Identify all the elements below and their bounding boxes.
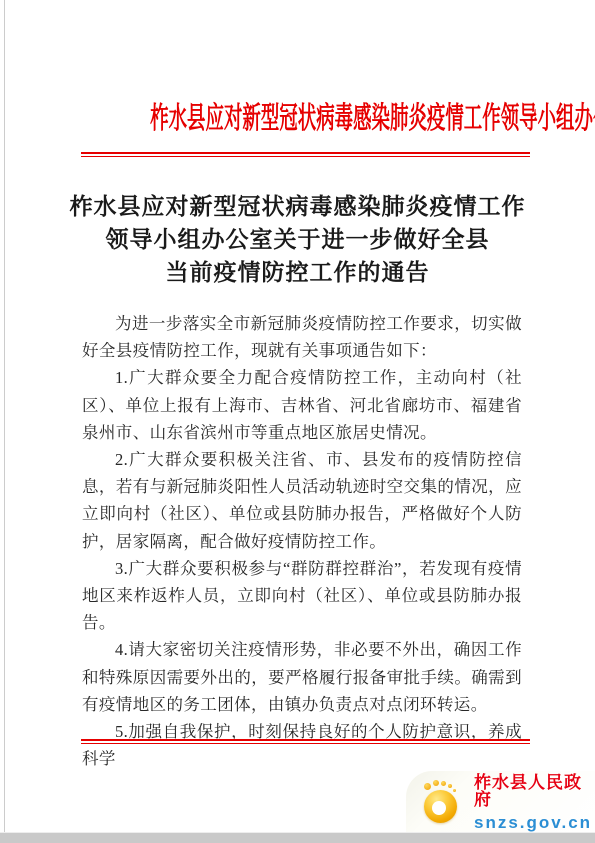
government-site-logo-link[interactable]: 柞水县人民政府 snzs.gov.cn bbox=[406, 771, 595, 833]
footprint-icon bbox=[422, 780, 462, 824]
paragraph-item-2: 2.广大群众要积极关注省、市、县发布的疫情防控信息，若有与新冠肺炎阳性人员活动轨… bbox=[82, 446, 522, 555]
paragraph-item-4: 4.请大家密切关注疫情形势，非必要不外出，确因工作和特殊原因需要外出的，要严格履… bbox=[82, 636, 522, 718]
letterhead-divider-rule bbox=[81, 152, 530, 157]
paragraph-item-1: 1.广大群众要全力配合疫情防控工作，主动向村（社区）、单位上报有上海市、吉林省、… bbox=[82, 364, 522, 446]
footprint-toe bbox=[433, 780, 439, 786]
document-body: 为进一步落实全市新冠肺炎疫情防控工作要求，切实做好全县疫情防控工作，现就有关事项… bbox=[82, 310, 522, 772]
paragraph-item-5-truncated: 5.加强自我保护，时刻保持良好的个人防护意识，养成科学 bbox=[82, 718, 522, 772]
footprint-pad-hole bbox=[432, 801, 446, 815]
site-url[interactable]: snzs.gov.cn bbox=[474, 814, 595, 831]
footprint-toe bbox=[453, 789, 456, 792]
bottom-divider-rule bbox=[81, 739, 530, 744]
site-name[interactable]: 柞水县人民政府 bbox=[474, 774, 595, 808]
title-line-2: 领导小组办公室关于进一步做好全县 bbox=[40, 223, 555, 256]
bottom-gray-bar bbox=[0, 833, 595, 843]
letterhead-banner: 柞水县应对新型冠状病毒感染肺炎疫情工作领导小组办公室 bbox=[0, 100, 595, 138]
footprint-toe bbox=[448, 784, 452, 788]
footprint-toe bbox=[424, 783, 431, 790]
title-line-1: 柞水县应对新型冠状病毒感染肺炎疫情工作 bbox=[40, 190, 555, 223]
document-title: 柞水县应对新型冠状病毒感染肺炎疫情工作 领导小组办公室关于进一步做好全县 当前疫… bbox=[40, 190, 555, 289]
footprint-toe bbox=[441, 781, 446, 786]
site-logo-text: 柞水县人民政府 snzs.gov.cn bbox=[474, 774, 595, 831]
letterhead-text: 柞水县应对新型冠状病毒感染肺炎疫情工作领导小组办公室 bbox=[150, 100, 595, 138]
title-line-3: 当前疫情防控工作的通告 bbox=[40, 256, 555, 289]
paragraph-item-3: 3.广大群众要积极参与“群防群控群治”，若发现有疫情地区来柞返柞人员，立即向村（… bbox=[82, 555, 522, 637]
document-page: 柞水县应对新型冠状病毒感染肺炎疫情工作领导小组办公室 柞水县应对新型冠状病毒感染… bbox=[0, 0, 595, 843]
paragraph-intro: 为进一步落实全市新冠肺炎疫情防控工作要求，切实做好全县疫情防控工作，现就有关事项… bbox=[82, 310, 522, 364]
